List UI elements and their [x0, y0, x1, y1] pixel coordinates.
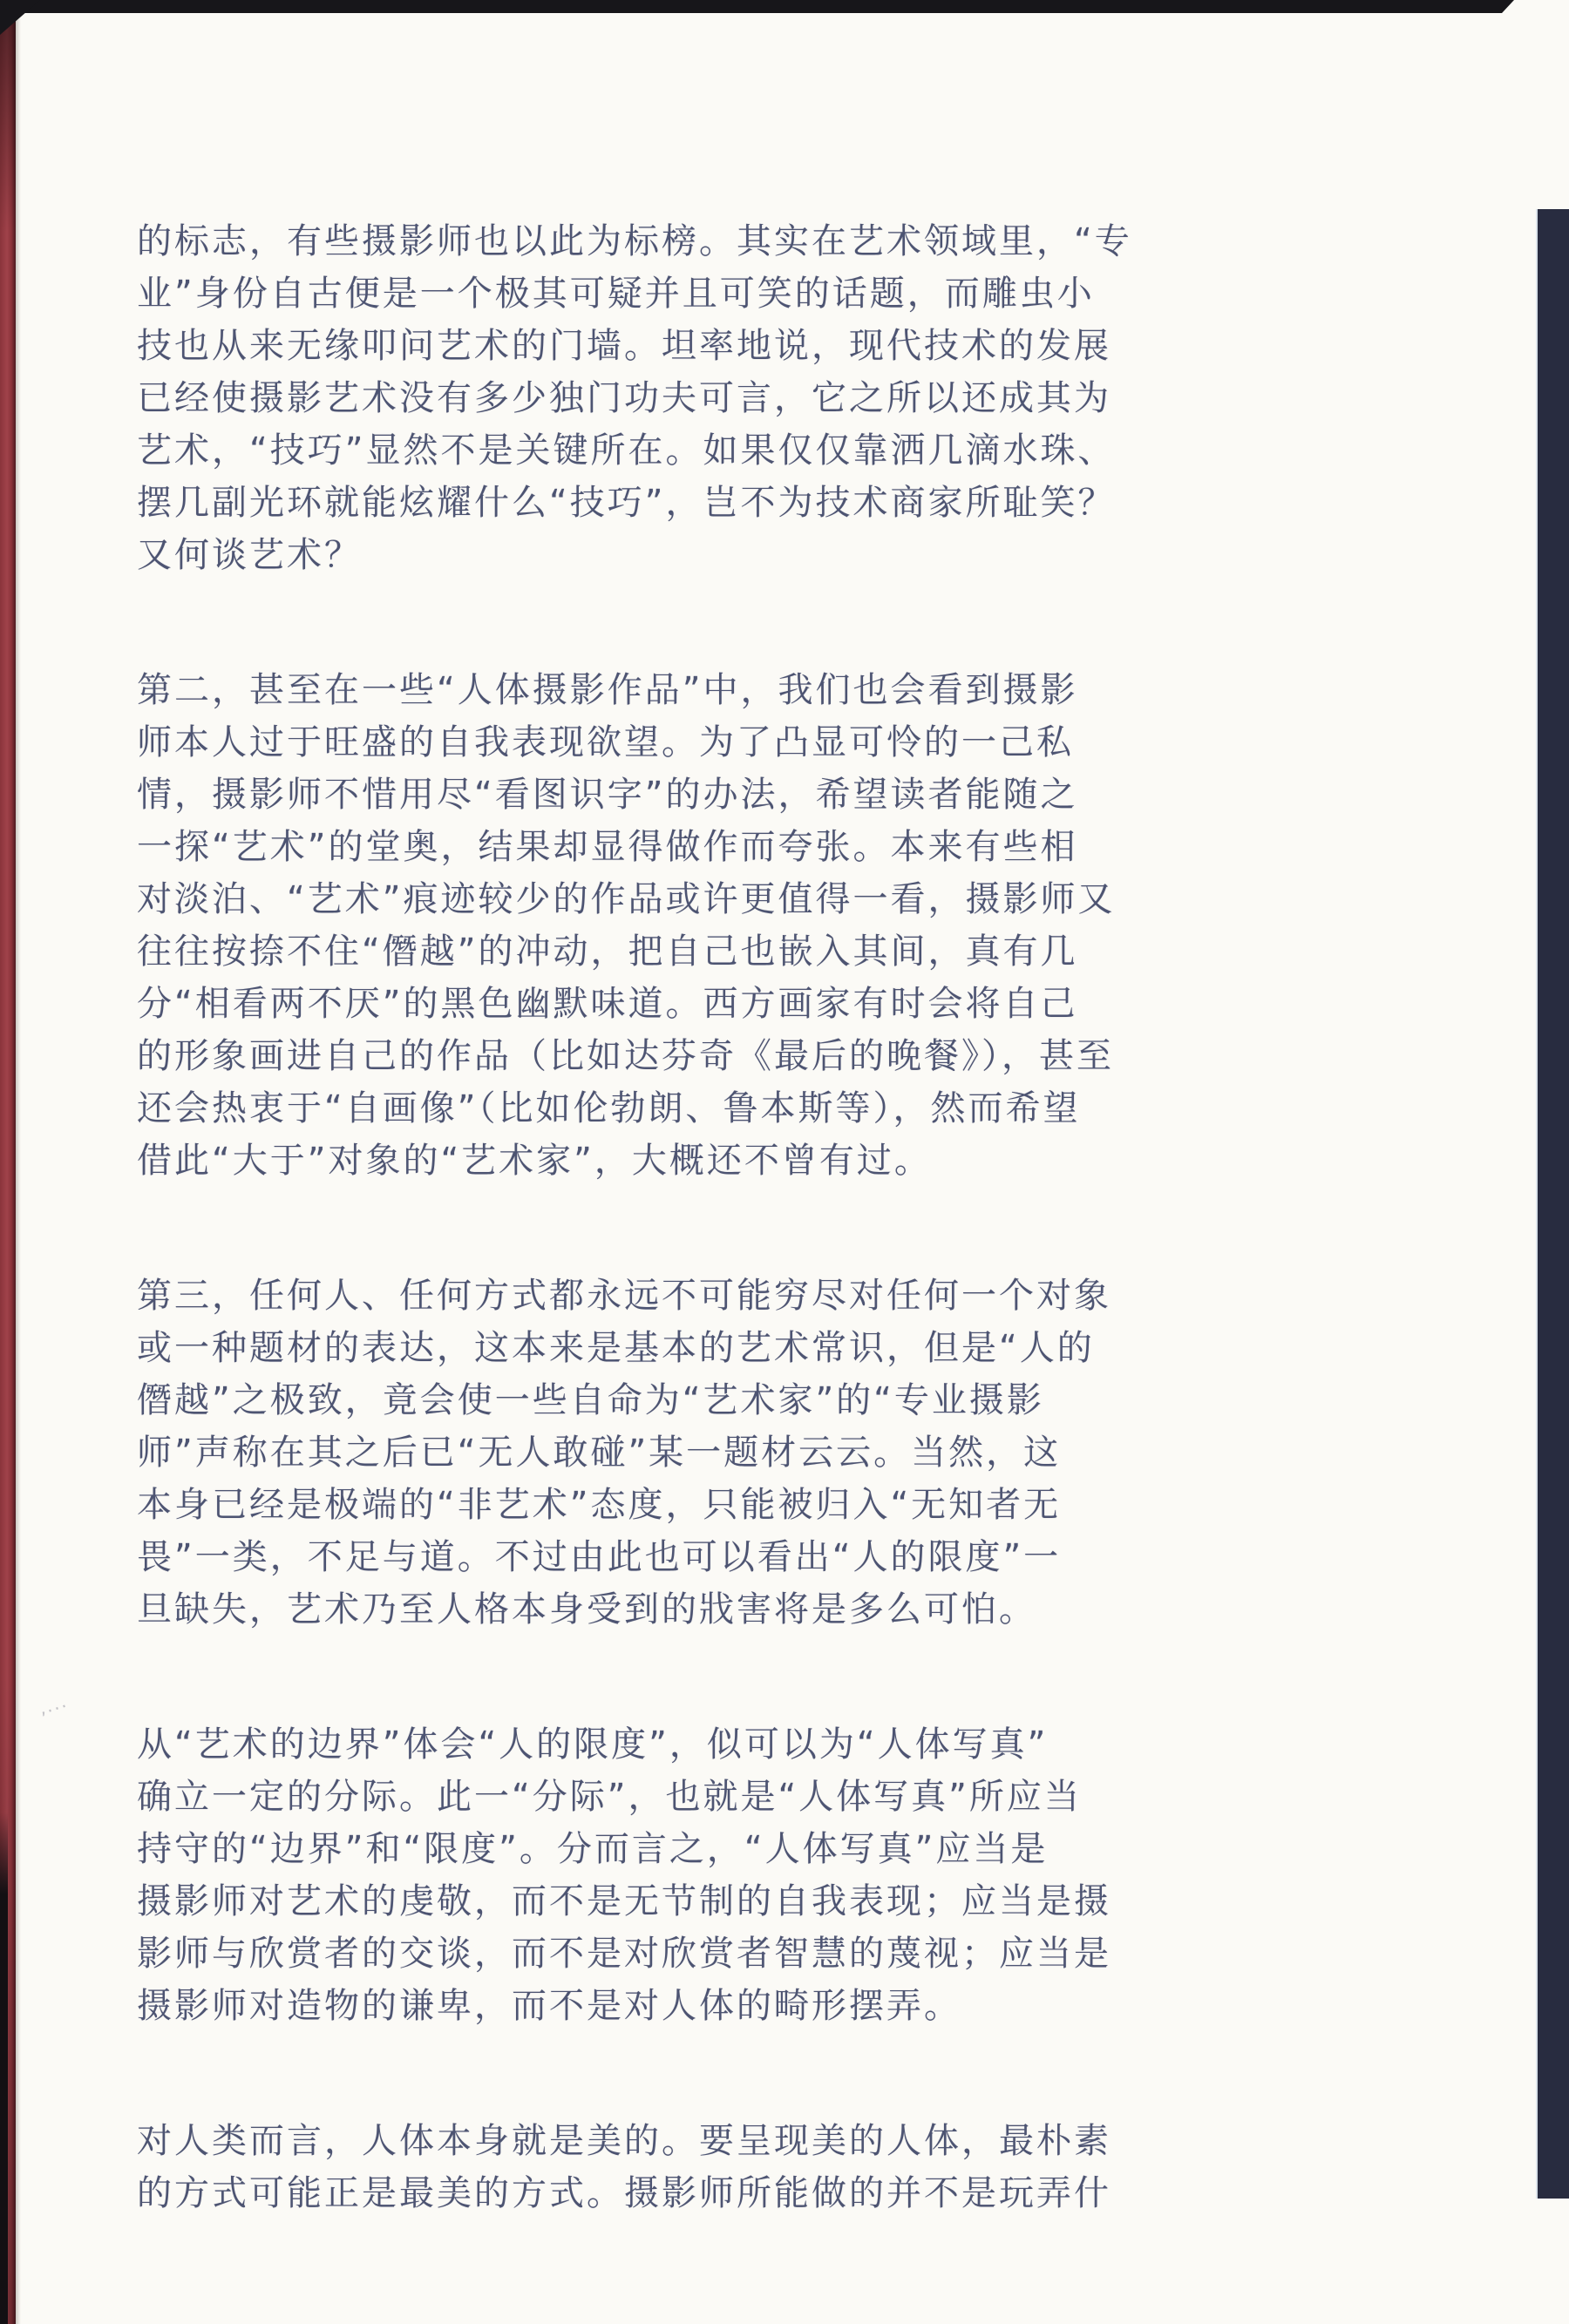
text-line: 又何谈艺术？ — [137, 529, 1357, 581]
scanned-book-page: ‚... 的标志，有些摄影师也以此为标榜。其实在艺术领域里，“专 业”身份自古便… — [0, 0, 1569, 2324]
text-line: 对人类而言，人体本身就是美的。要呈现美的人体，最朴素 — [137, 2115, 1357, 2167]
top-edge-bar — [0, 0, 1502, 13]
text-line: 的形象画进自己的作品（比如达芬奇《最后的晚餐》），甚至 — [137, 1030, 1357, 1082]
text-line: 的标志，有些摄影师也以此为标榜。其实在艺术领域里，“专 — [137, 215, 1357, 268]
text-line: 已经使摄影艺术没有多少独门功夫可言，它之所以还成其为 — [137, 372, 1357, 424]
text-line: 畏”一类，不足与道。不过由此也可以看出“人的限度”一 — [137, 1531, 1357, 1583]
text-line: 从“艺术的边界”体会“人的限度”，似可以为“人体写真” — [137, 1718, 1357, 1771]
text-line: 持守的“边界”和“限度”。分而言之，“人体写真”应当是 — [137, 1823, 1357, 1875]
text-line: 借此“大于”对象的“艺术家”，大概还不曾有过。 — [137, 1135, 1357, 1187]
text-line: 摄影师对艺术的虔敬，而不是无节制的自我表现；应当是摄 — [137, 1875, 1357, 1928]
text-line: 分“相看两不厌”的黑色幽默味道。西方画家有时会将自己 — [137, 978, 1357, 1030]
text-line: 僭越”之极致，竟会使一些自命为“艺术家”的“专业摄影 — [137, 1374, 1357, 1426]
text-line: 师本人过于旺盛的自我表现欲望。为了凸显可怜的一己私 — [137, 716, 1357, 769]
text-line: 一探“艺术”的堂奥，结果却显得做作而夸张。本来有些相 — [137, 821, 1357, 873]
paragraph-4: 从“艺术的边界”体会“人的限度”，似可以为“人体写真” 确立一定的分际。此一“分… — [137, 1718, 1357, 2032]
text-line: 技也从来无缘叩问艺术的门墙。坦率地说，现代技术的发展 — [137, 320, 1357, 372]
paragraph-5: 对人类而言，人体本身就是美的。要呈现美的人体，最朴素 的方式可能正是最美的方式。… — [137, 2115, 1357, 2219]
top-edge-bar-taper — [1502, 0, 1514, 13]
text-line: 摆几副光环就能炫耀什么“技巧”，岂不为技术商家所耻笑？ — [137, 477, 1357, 529]
text-line: 对淡泊、“艺术”痕迹较少的作品或许更值得一看，摄影师又 — [137, 873, 1357, 925]
page-edge-highlight — [16, 0, 21, 2324]
text-line: 本身已经是极端的“非艺术”态度，只能被归入“无知者无 — [137, 1479, 1357, 1531]
text-line: 往往按捺不住“僭越”的冲动，把自己也嵌入其间，真有几 — [137, 925, 1357, 978]
text-line: 第三，任何人、任何方式都永远不可能穷尽对任何一个对象 — [137, 1270, 1357, 1322]
text-line: 旦缺失，艺术乃至人格本身受到的戕害将是多么可怕。 — [137, 1583, 1357, 1636]
page-text: 的标志，有些摄影师也以此为标榜。其实在艺术领域里，“专 业”身份自古便是一个极其… — [137, 215, 1357, 2302]
text-line: 或一种题材的表达，这本来是基本的艺术常识，但是“人的 — [137, 1322, 1357, 1374]
text-line: 师”声称在其之后已“无人敢碰”某一题材云云。当然，这 — [137, 1426, 1357, 1479]
text-line: 第二，甚至在一些“人体摄影作品”中，我们也会看到摄影 — [137, 664, 1357, 716]
text-line: 影师与欣赏者的交谈，而不是对欣赏者智慧的蔑视；应当是 — [137, 1928, 1357, 1980]
right-cover-strip — [1536, 209, 1569, 2199]
paragraph-1: 的标志，有些摄影师也以此为标榜。其实在艺术领域里，“专 业”身份自古便是一个极其… — [137, 215, 1357, 581]
paragraph-2: 第二，甚至在一些“人体摄影作品”中，我们也会看到摄影 师本人过于旺盛的自我表现欲… — [137, 664, 1357, 1187]
text-line: 业”身份自古便是一个极其可疑并且可笑的话题，而雕虫小 — [137, 268, 1357, 320]
paragraph-3: 第三，任何人、任何方式都永远不可能穷尽对任何一个对象 或一种题材的表达，这本来是… — [137, 1270, 1357, 1636]
text-line: 艺术，“技巧”显然不是关键所在。如果仅仅靠洒几滴水珠、 — [137, 424, 1357, 477]
text-line: 情，摄影师不惜用尽“看图识字”的办法，希望读者能随之 — [137, 769, 1357, 821]
text-line: 确立一定的分际。此一“分际”，也就是“人体写真”所应当 — [137, 1771, 1357, 1823]
text-line: 摄影师对造物的谦卑，而不是对人体的畸形摆弄。 — [137, 1980, 1357, 2032]
text-line: 的方式可能正是最美的方式。摄影师所能做的并不是玩弄什 — [137, 2167, 1357, 2219]
text-line: 还会热衷于“自画像”（比如伦勃朗、鲁本斯等），然而希望 — [137, 1082, 1357, 1135]
book-spine-black-edge — [0, 1812, 8, 2324]
scan-artifact-mark: ‚... — [36, 1690, 70, 1718]
